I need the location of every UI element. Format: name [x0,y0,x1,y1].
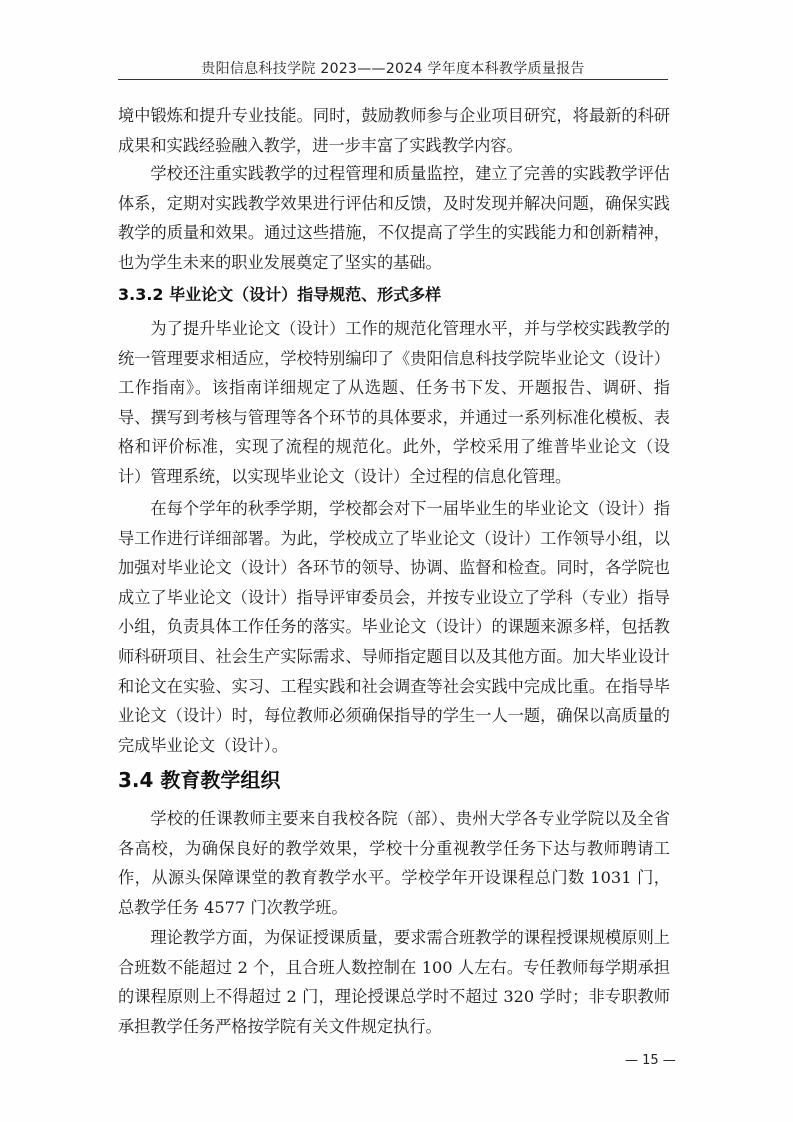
paragraph-practice-management: 学校还注重实践教学的过程管理和质量监控，建立了完善的实践教学评估体系，定期对实践… [118,159,670,277]
paragraph-continuation: 境中锻炼和提升专业技能。同时，鼓励教师参与企业项目研究，将最新的科研成果和实践经… [118,101,670,160]
page-number: — 15 — [625,1053,676,1068]
paragraph-theory-teaching: 理论教学方面，为保证授课质量，要求需合班教学的课程授课规模原则上合班数不能超过 … [118,923,670,1041]
heading-3-3-2: 3.3.2 毕业论文（设计）指导规范、形式多样 [118,282,441,305]
running-header: 贵阳信息科技学院 2023——2024 学年度本科教学质量报告 [118,58,668,78]
paragraph-teachers: 学校的任课教师主要来自我校各院（部）、贵州大学各专业学院以及全省各高校，为确保良… [118,804,670,922]
paragraph-thesis-guide: 为了提升毕业论文（设计）工作的规范化管理水平，并与学校实践教学的统一管理要求相适… [118,314,670,492]
heading-3-4: 3.4 教育教学组织 [118,764,280,793]
document-page: 贵阳信息科技学院 2023——2024 学年度本科教学质量报告 境中锻炼和提升专… [0,0,793,1122]
paragraph-thesis-deployment: 在每个学年的秋季学期，学校都会对下一届毕业生的毕业论文（设计）指导工作进行详细部… [118,494,670,760]
header-rule [118,79,668,80]
